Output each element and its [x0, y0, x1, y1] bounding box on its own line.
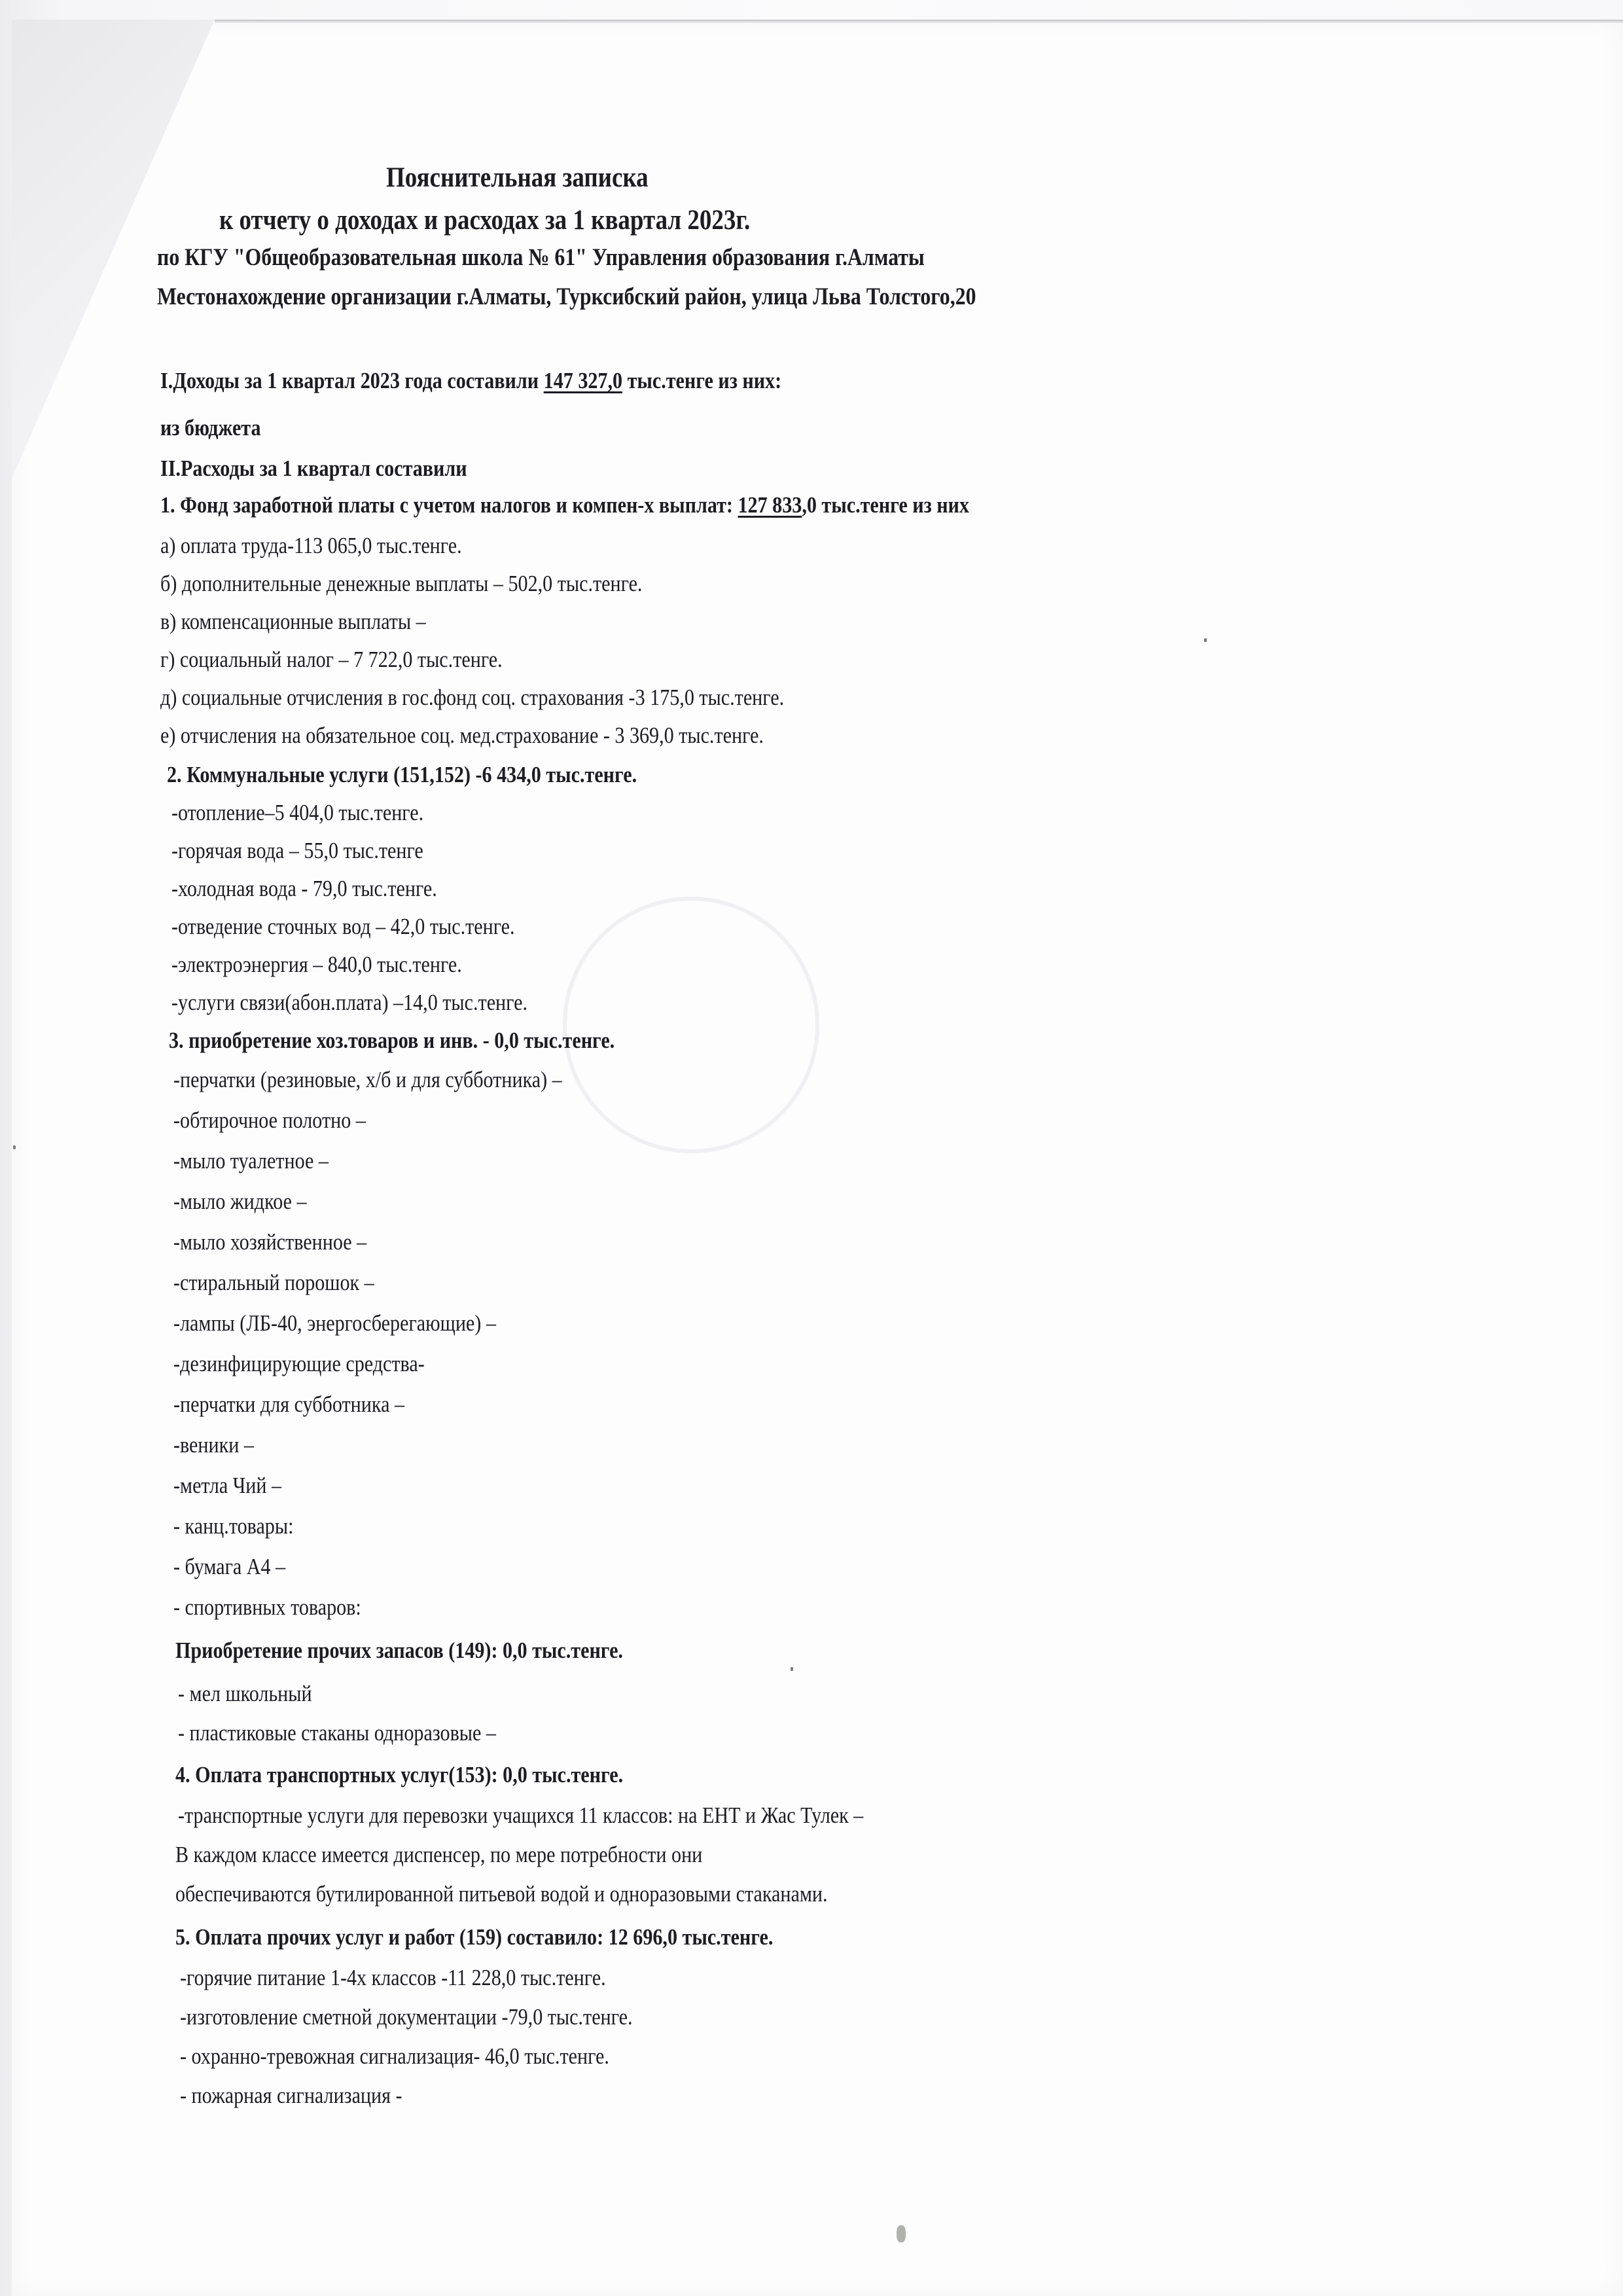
section1-item: е) отчисления на обязательное соц. мед.с…: [160, 721, 764, 750]
location-line: Местонахождение организации г.Алматы, Ту…: [157, 283, 976, 312]
other-stock-heading: Приобретение прочих запасов (149): 0,0 т…: [175, 1636, 623, 1665]
section5-item: - охранно-тревожная сигнализация- 46,0 т…: [180, 2042, 609, 2071]
section3-item: -перчатки для субботника –: [173, 1390, 404, 1419]
section3-item: -лампы (ЛБ-40, энергосберегающие) –: [173, 1309, 496, 1338]
section4-heading: 4. Оплата транспортных услуг(153): 0,0 т…: [175, 1761, 623, 1789]
section2-item: -холодная вода - 79,0 тыс.тенге.: [171, 874, 437, 903]
section4-item: -транспортные услуги для перевозки учащи…: [178, 1801, 863, 1830]
section3-item: -стиральный порошок –: [173, 1268, 374, 1297]
scan-dot: [13, 1145, 16, 1149]
section1-item: б) дополнительные денежные выплаты – 502…: [160, 569, 642, 598]
scan-dot: [1204, 638, 1207, 642]
section5-item: -горячие питание 1-4х классов -11 228,0 …: [180, 1964, 606, 1992]
scan-dot: [791, 1667, 793, 1671]
income-amount: 147 327,0: [544, 368, 622, 393]
section1-item: г) социальный налог – 7 722,0 тыс.тенге.: [160, 645, 503, 674]
section2-item: -отопление–5 404,0 тыс.тенге.: [171, 798, 423, 827]
section3-heading: 3. приобретение хоз.товаров и инв. - 0,0…: [169, 1026, 615, 1055]
section1-item: в) компенсационные выплаты –: [160, 607, 426, 636]
income-prefix: I.Доходы за 1 квартал 2023 года составил…: [160, 368, 544, 393]
section3-item: -мыло туалетное –: [173, 1147, 329, 1175]
expenses-heading: II.Расходы за 1 квартал составили: [160, 454, 467, 483]
section1-amount: 127 833: [738, 492, 802, 518]
section2-item: -услуги связи(абон.плата) –14,0 тыс.тенг…: [171, 988, 527, 1017]
organization-line: по КГУ "Общеобразовательная школа № 61" …: [157, 243, 925, 272]
section3-item: -обтирочное полотно –: [173, 1106, 366, 1135]
section5-item: -изготовление сметной документации -79,0…: [180, 2003, 632, 2032]
section1-heading: 1. Фонд заработной платы с учетом налого…: [160, 491, 969, 520]
document-body: Пояснительная записка к отчету о доходах…: [0, 0, 1623, 2296]
income-line: I.Доходы за 1 квартал 2023 года составил…: [160, 367, 781, 395]
section4-note: В каждом классе имеется диспенсер, по ме…: [175, 1840, 702, 1869]
section3-item: -метла Чий –: [173, 1471, 281, 1500]
section3-item: -мыло жидкое –: [173, 1187, 307, 1216]
section3-item: - спортивных товаров:: [173, 1593, 361, 1622]
income-suffix: тыс.тенге из них:: [622, 368, 781, 393]
section3-item: - бумага А4 –: [173, 1552, 285, 1581]
doc-title: Пояснительная записка: [386, 164, 649, 192]
scan-speck: [897, 2225, 906, 2242]
section2-item: -отведение сточных вод – 42,0 тыс.тенге.: [171, 912, 515, 941]
doc-subtitle: к отчету о доходах и расходах за 1 кварт…: [219, 206, 750, 235]
section3-item: - канц.товары:: [173, 1512, 293, 1541]
section3-item: -веники –: [173, 1431, 254, 1460]
section1-amount-rest: ,0 тыс.тенге из них: [802, 492, 969, 518]
section3-item: -мыло хозяйственное –: [173, 1228, 366, 1257]
section5-heading: 5. Оплата прочих услуг и работ (159) сос…: [175, 1923, 773, 1952]
section1-prefix: 1. Фонд заработной платы с учетом налого…: [160, 492, 738, 518]
section5-item: - пожарная сигнализация -: [180, 2081, 402, 2110]
section3-item: -перчатки (резиновые, х/б и для субботни…: [173, 1066, 562, 1094]
section2-item: -электроэнергия – 840,0 тыс.тенге.: [171, 950, 462, 979]
other-stock-item: - пластиковые стаканы одноразовые –: [178, 1719, 496, 1748]
section3-item: -дезинфицирующие средства-: [173, 1350, 425, 1378]
section2-item: -горячая вода – 55,0 тыс.тенге: [171, 836, 423, 865]
section1-item: д) социальные отчисления в гос.фонд соц.…: [160, 683, 784, 712]
other-stock-item: - мел школьный: [178, 1679, 312, 1708]
section2-heading: 2. Коммунальные услуги (151,152) -6 434,…: [167, 761, 637, 789]
section4-note: обеспечиваются бутилированной питьевой в…: [175, 1880, 828, 1909]
income-source: из бюджета: [160, 414, 261, 442]
section1-item: а) оплата труда-113 065,0 тыс.тенге.: [160, 531, 462, 560]
